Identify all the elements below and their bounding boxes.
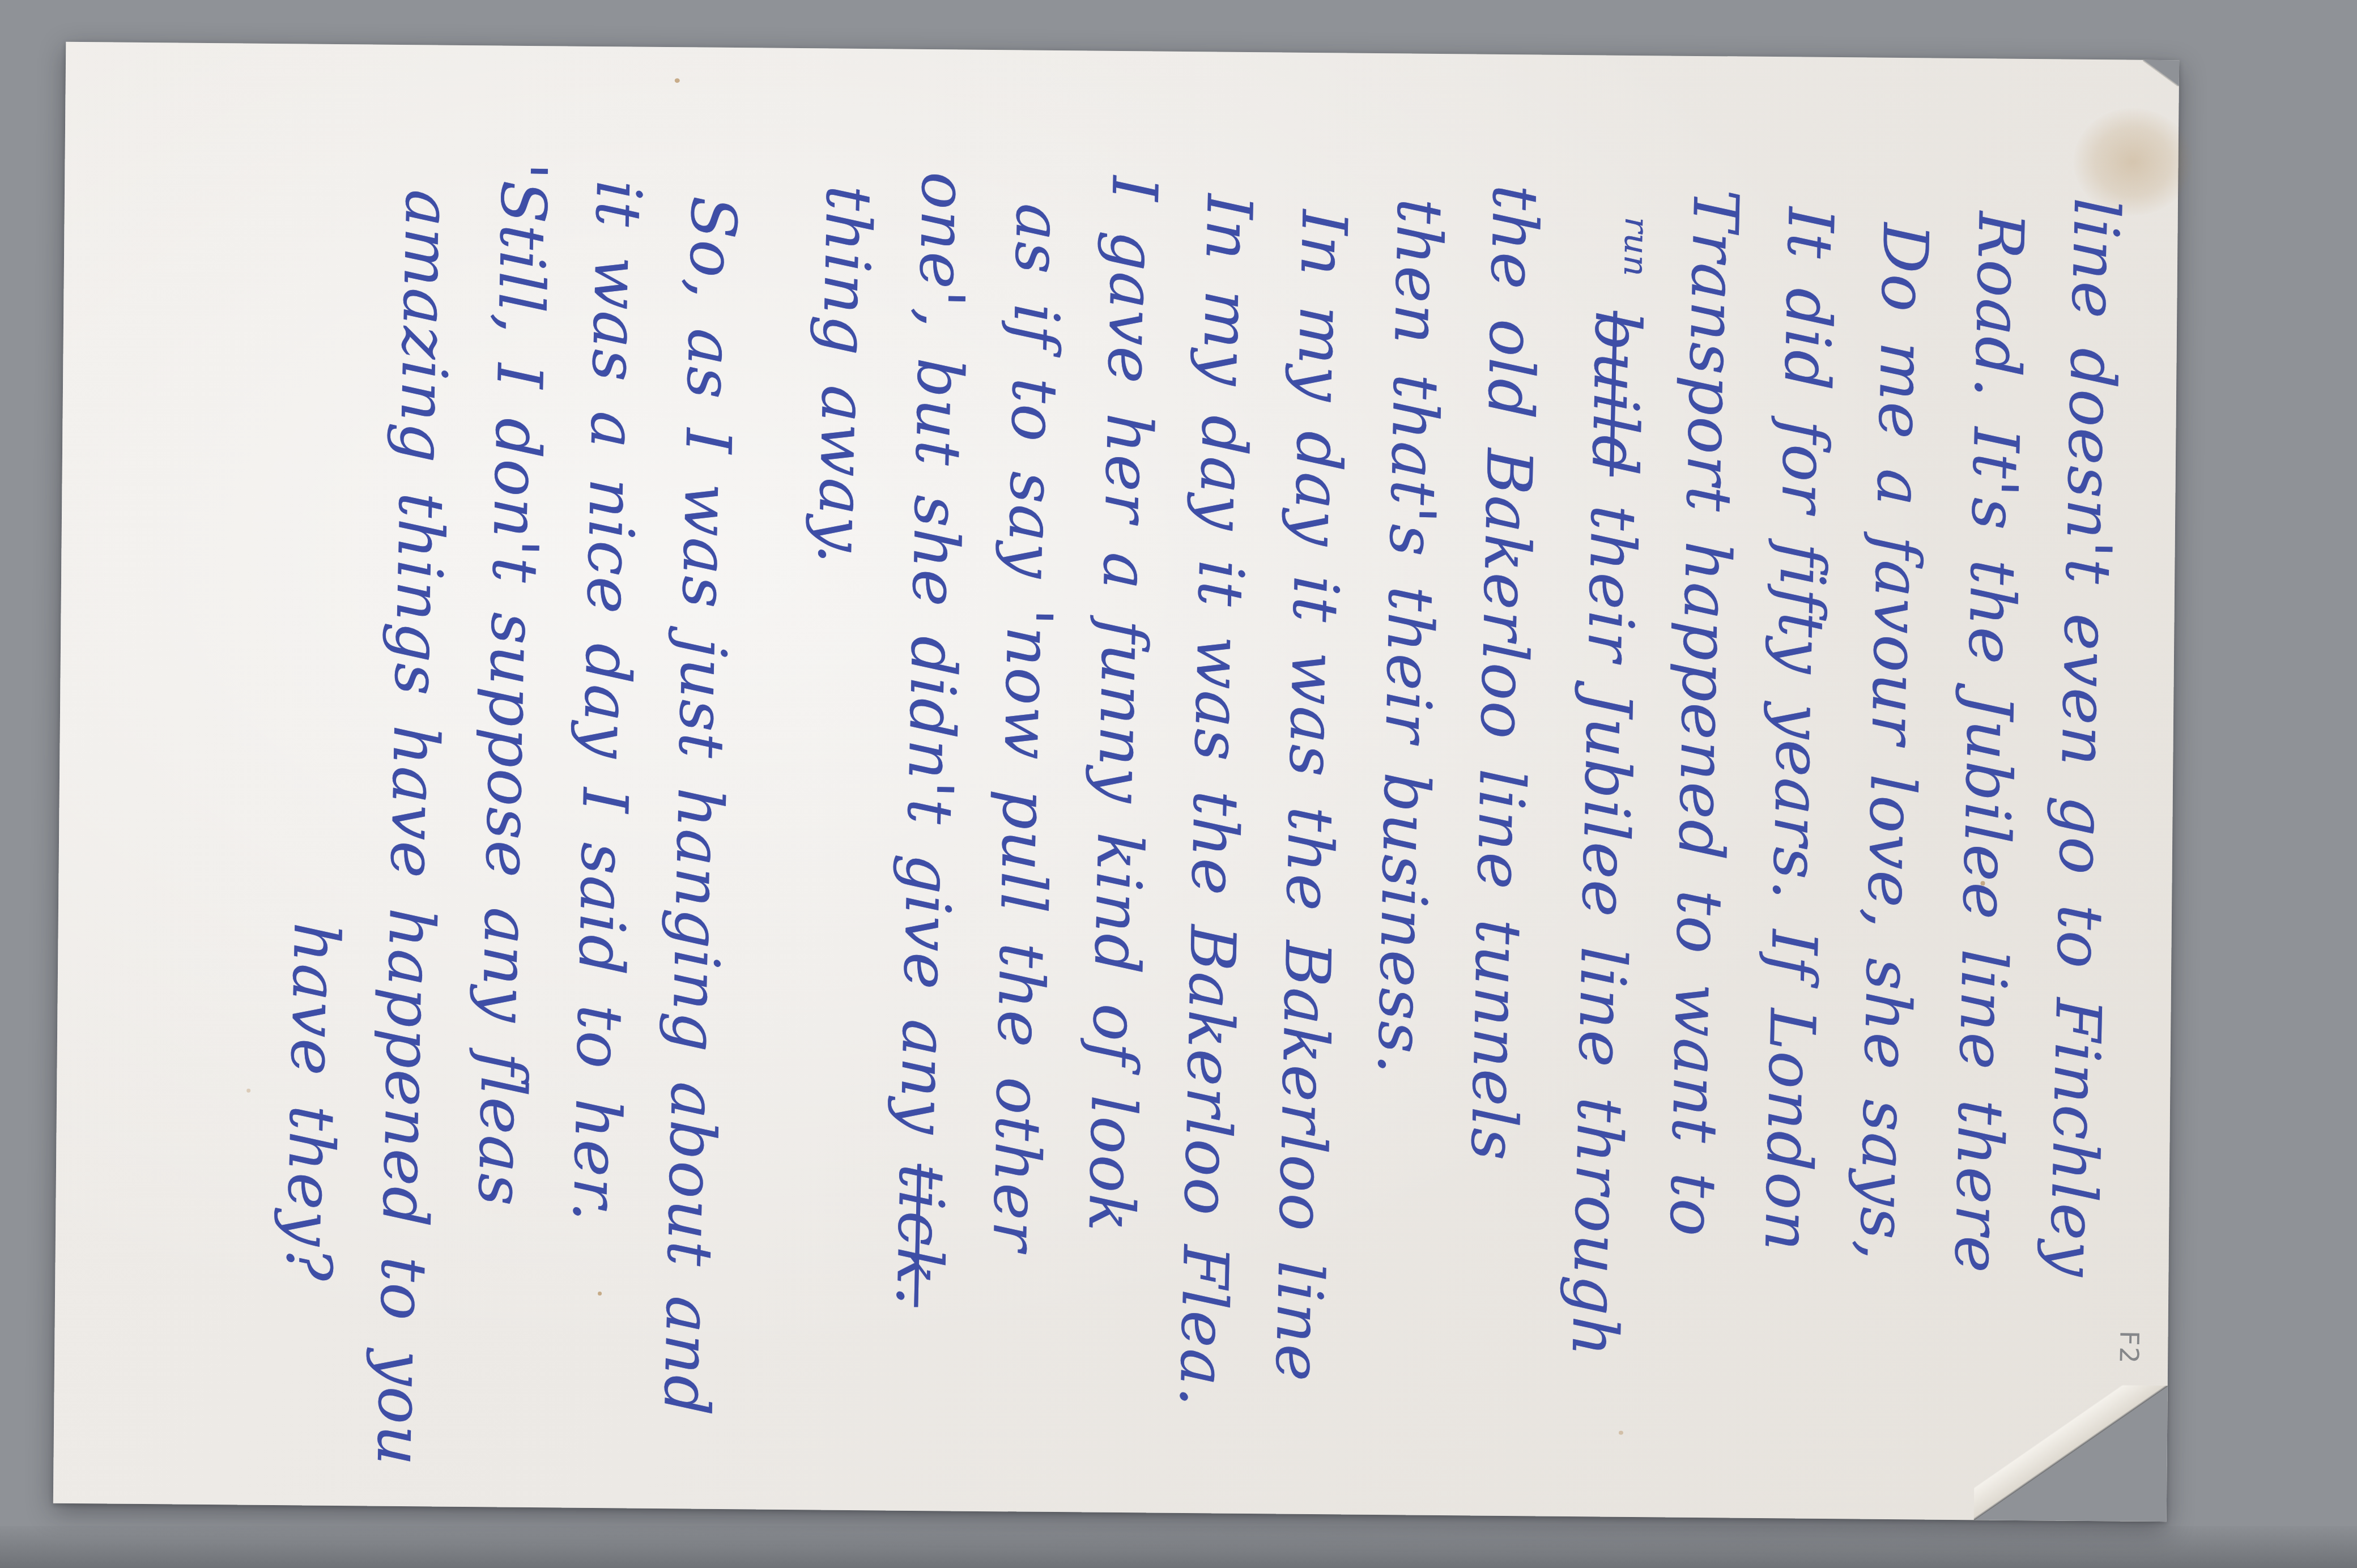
photo-backdrop: line doesn't even go to FinchleyRoad. It… — [0, 0, 2357, 1568]
handwriting-text: Transport happened to want to — [1656, 189, 1752, 1238]
handwriting-text: one', but she didn't give any — [886, 171, 981, 1136]
handwriting-text: as if to say 'now pull the other — [979, 203, 1075, 1253]
handwriting-insert-word: run — [1616, 217, 1656, 278]
handwriting-strike-word: build — [1578, 310, 1654, 478]
handwriting-text: Do me a favour love, she says, — [1846, 223, 1942, 1262]
handwriting-strike-word: tick. — [882, 1163, 958, 1307]
paper-corner-nick — [2143, 60, 2179, 87]
backdrop-shadow — [0, 1526, 2357, 1568]
handwriting-text: it was a nice day I said to her. — [559, 180, 656, 1224]
handwriting-block: line doesn't even go to FinchleyRoad. It… — [301, 59, 2146, 1527]
handwriting-text: line doesn't even go to Finchley — [2036, 197, 2133, 1279]
pencil-page-number: F2 — [2113, 1331, 2145, 1365]
handwriting-text: the old Bakerloo line tunnels — [1457, 184, 1551, 1162]
handwriting-line: have they? — [256, 922, 364, 1488]
handwriting-text: So, as I was just hanging about and — [650, 195, 750, 1417]
handwriting-text: I gave her a funny kind of look — [1074, 176, 1171, 1234]
handwriting-text: It did for fifty years. If London — [1751, 207, 1847, 1253]
handwriting-text: In my day it was the Bakerloo Flea. — [1165, 194, 1266, 1409]
handwriting-text: have they? — [272, 922, 352, 1282]
handwriting-text: their Jubilee line through — [1558, 504, 1650, 1358]
handwriting-text: In my day it was the Bakerloo line — [1261, 209, 1360, 1383]
handwriting-text: then that's their business. — [1364, 198, 1456, 1076]
paper-speck — [246, 1089, 250, 1093]
handwriting-text: Road. It's the Jubilee line there — [1941, 211, 2037, 1275]
handwriting-text: 'Still, I don't suppose any fleas — [464, 161, 560, 1207]
handwriting-text: thing away. — [804, 185, 885, 566]
handwriting-text: amazing things have happened to you — [363, 189, 465, 1467]
